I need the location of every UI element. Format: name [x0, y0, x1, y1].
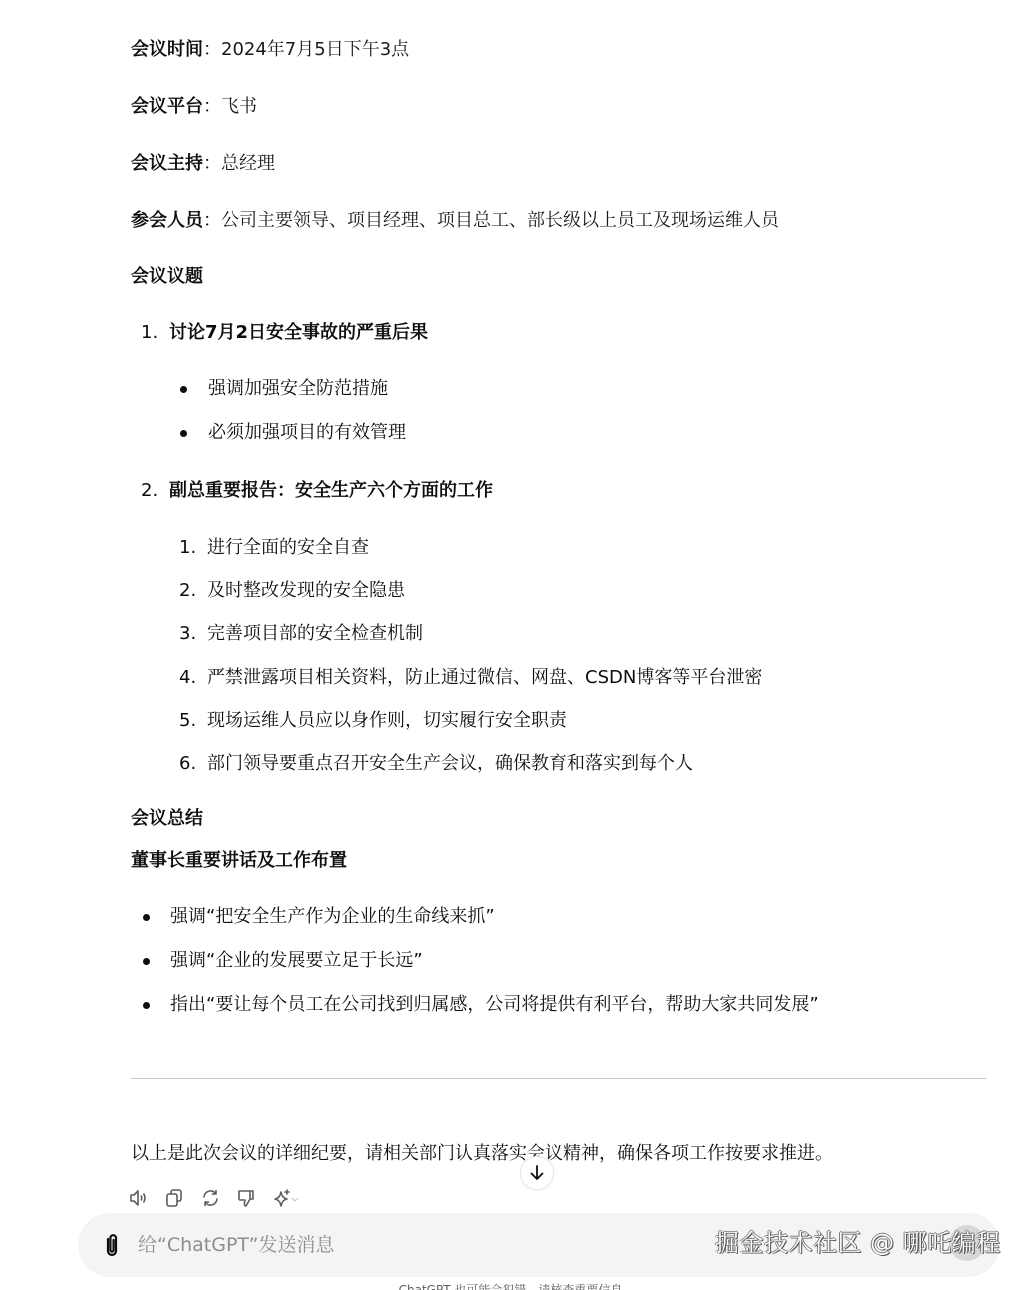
- chat-page: 会议时间：2024年7月5日下午3点 会议平台：飞书 会议主持：总经理 参会人员…: [0, 0, 1033, 1290]
- sparkle-icon: [272, 1188, 302, 1208]
- meeting-host-row: 会议主持：总经理: [131, 150, 275, 178]
- list-number: 1.: [141, 319, 169, 347]
- separator: ：: [203, 210, 221, 231]
- list-item: 指出“要让每个员工在公司找到归属感，公司将提供有利平台，帮助大家共同发展”: [131, 991, 987, 1019]
- read-aloud-button[interactable]: [128, 1186, 164, 1210]
- bullet-icon: [180, 386, 187, 393]
- meeting-host-label: 会议主持: [131, 153, 203, 174]
- separator: ：: [203, 153, 221, 174]
- agenda-item-title: 副总重要报告：安全生产六个方面的工作: [169, 480, 493, 501]
- sub-list-item: 3.完善项目部的安全检查机制: [179, 620, 423, 648]
- sub-item-text: 部门领导要重点召开安全生产会议，确保教育和落实到每个人: [207, 753, 693, 774]
- summary-subheading: 董事长重要讲话及工作布置: [131, 847, 347, 875]
- sub-item-text: 完善项目部的安全检查机制: [207, 623, 423, 644]
- sub-list-item: 2.及时整改发现的安全隐患: [179, 577, 405, 605]
- bullet-icon: [180, 430, 187, 437]
- paperclip-icon: [100, 1231, 124, 1259]
- bullet-text: 强调“企业的发展要立足于长远”: [170, 947, 423, 975]
- sub-list-item: 6.部门领导要重点召开安全生产会议，确保教育和落实到每个人: [179, 750, 693, 778]
- copy-icon: [164, 1188, 186, 1208]
- meeting-time-value: 2024年7月5日下午3点: [221, 39, 409, 60]
- list-item: 强调“把安全生产作为企业的生命线来抓”: [131, 903, 987, 931]
- list-item: 必须加强项目的有效管理: [131, 419, 831, 447]
- summary-heading: 会议总结: [131, 805, 203, 833]
- bullet-icon: [143, 958, 150, 965]
- message-action-bar: [128, 1186, 312, 1210]
- closing-text: 以上是此次会议的详细纪要，请相关部门认真落实会议精神，确保各项工作按要求推进。: [131, 1140, 833, 1168]
- horizontal-divider: [131, 1078, 986, 1079]
- sub-list-item: 1.进行全面的安全自查: [179, 534, 369, 562]
- regenerate-button[interactable]: [200, 1186, 236, 1210]
- meeting-time-row: 会议时间：2024年7月5日下午3点: [131, 36, 409, 64]
- attendees-row: 参会人员：公司主要领导、项目经理、项目总工、部长级以上员工及现场运维人员: [131, 207, 779, 235]
- watermark-text: 掘金技术社区 @ 哪吒编程: [715, 1227, 1001, 1259]
- agenda-item-1: 1.讨论7月2日安全事故的严重后果: [141, 319, 428, 347]
- list-number: 2.: [141, 477, 169, 505]
- list-number: 5.: [179, 707, 207, 735]
- meeting-time-label: 会议时间: [131, 39, 203, 60]
- list-item: 强调“企业的发展要立足于长远”: [131, 947, 987, 975]
- arrow-down-icon: [528, 1164, 546, 1182]
- copy-button[interactable]: [164, 1186, 200, 1210]
- list-item: 强调加强安全防范措施: [131, 375, 831, 403]
- meeting-platform-row: 会议平台：飞书: [131, 93, 257, 121]
- bullet-text: 强调“把安全生产作为企业的生命线来抓”: [170, 903, 495, 931]
- agenda-item-title: 讨论7月2日安全事故的严重后果: [169, 322, 428, 343]
- scroll-to-bottom-button[interactable]: [520, 1156, 554, 1190]
- sub-list-item: 4.严禁泄露项目相关资料，防止通过微信、网盘、CSDN博客等平台泄密: [179, 664, 762, 692]
- sub-item-text: 及时整改发现的安全隐患: [207, 580, 405, 601]
- meeting-platform-label: 会议平台: [131, 96, 203, 117]
- sub-item-text: 现场运维人员应以身作则，切实履行安全职责: [207, 710, 567, 731]
- message-input[interactable]: [138, 1231, 698, 1259]
- attach-file-button[interactable]: [100, 1231, 124, 1259]
- refresh-icon: [200, 1188, 222, 1208]
- bullet-text: 强调加强安全防范措施: [208, 375, 388, 403]
- list-number: 4.: [179, 664, 207, 692]
- speaker-icon: [128, 1188, 150, 1208]
- separator: ：: [203, 39, 221, 60]
- attendees-label: 参会人员: [131, 210, 203, 231]
- attendees-value: 公司主要领导、项目经理、项目总工、部长级以上员工及现场运维人员: [221, 210, 779, 231]
- bad-response-button[interactable]: [236, 1186, 272, 1210]
- bullet-icon: [143, 1002, 150, 1009]
- bullet-text: 必须加强项目的有效管理: [208, 419, 406, 447]
- change-model-button[interactable]: [272, 1186, 312, 1210]
- meeting-host-value: 总经理: [221, 153, 275, 174]
- sub-list-item: 5.现场运维人员应以身作则，切实履行安全职责: [179, 707, 567, 735]
- thumbs-down-icon: [236, 1188, 258, 1208]
- agenda-heading: 会议议题: [131, 263, 203, 291]
- bullet-text: 指出“要让每个员工在公司找到归属感，公司将提供有利平台，帮助大家共同发展”: [170, 991, 819, 1019]
- separator: ：: [203, 96, 221, 117]
- agenda-item-2: 2.副总重要报告：安全生产六个方面的工作: [141, 477, 493, 505]
- list-number: 2.: [179, 577, 207, 605]
- list-number: 6.: [179, 750, 207, 778]
- meeting-platform-value: 飞书: [221, 96, 257, 117]
- bullet-icon: [143, 914, 150, 921]
- disclaimer-text: ChatGPT 也可能会犯错。请核查重要信息。: [0, 1282, 1033, 1290]
- sub-item-text: 严禁泄露项目相关资料，防止通过微信、网盘、CSDN博客等平台泄密: [207, 667, 762, 688]
- list-number: 3.: [179, 620, 207, 648]
- list-number: 1.: [179, 534, 207, 562]
- sub-item-text: 进行全面的安全自查: [207, 537, 369, 558]
